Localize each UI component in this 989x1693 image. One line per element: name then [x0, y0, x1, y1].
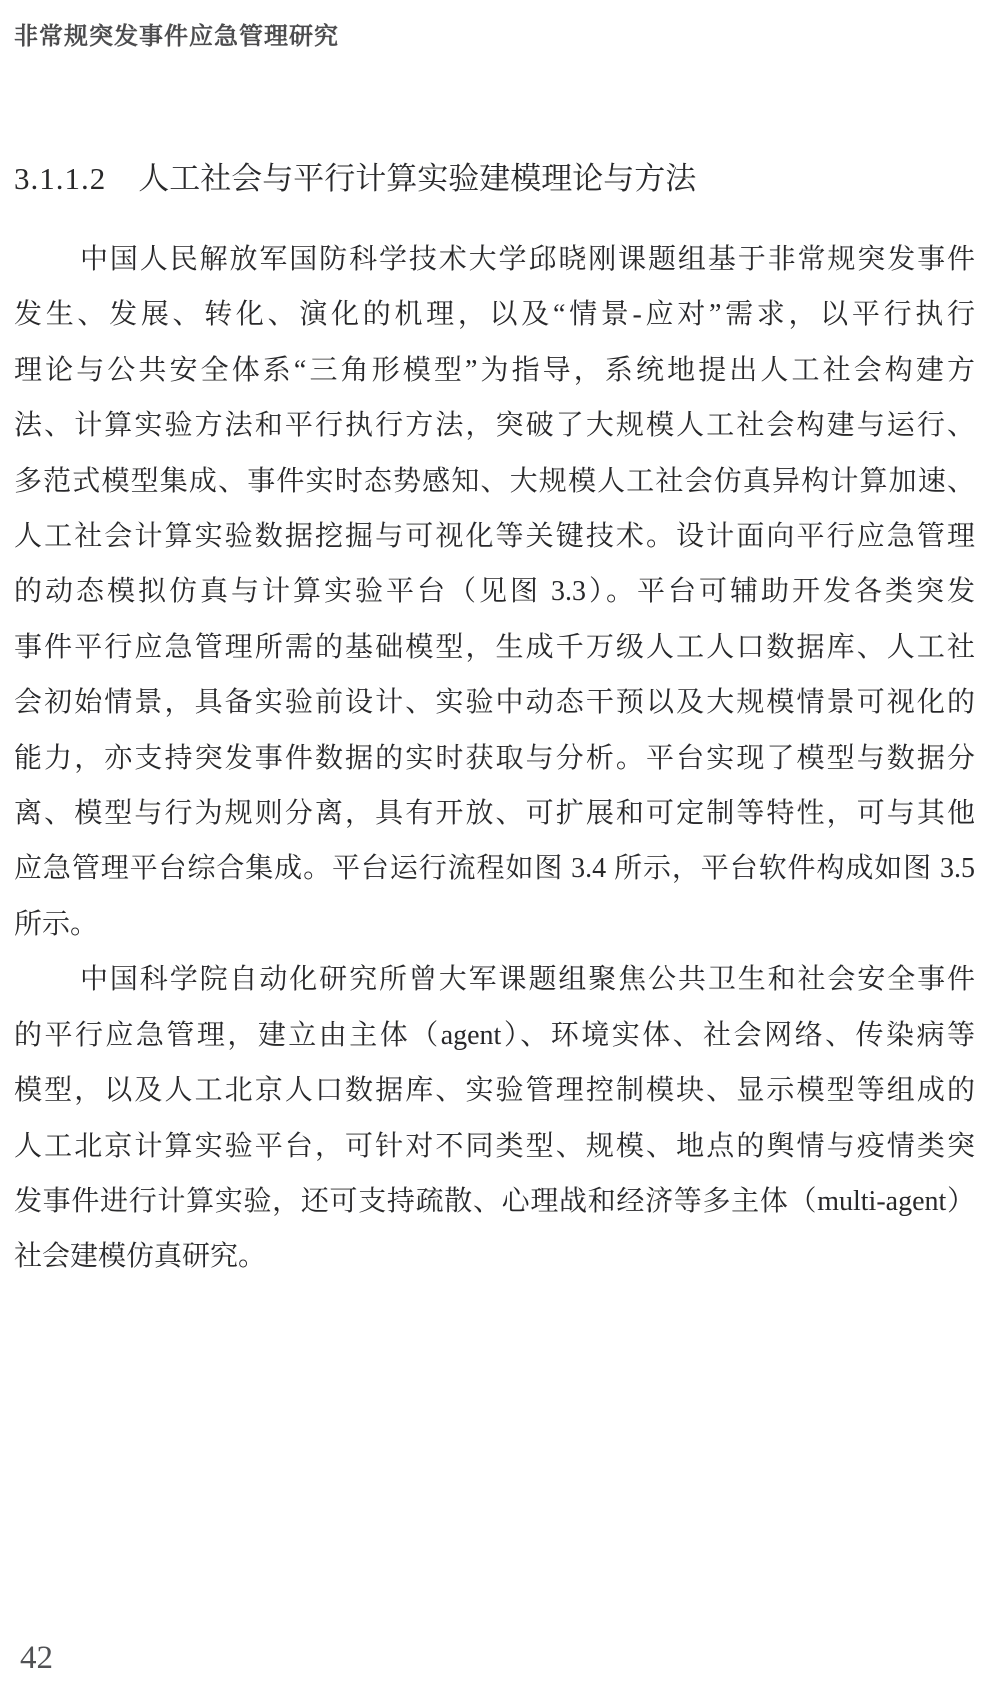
page-number: 42 — [20, 1638, 53, 1678]
text-line: 中国人民解放军国防科学技术大学邱晓刚课题组基于非常规突发事件 — [14, 232, 975, 287]
text-line: 会初始情景，具备实验前设计、实验中动态干预以及大规模情景可视化的 — [14, 675, 975, 730]
text-line: 发事件进行计算实验，还可支持疏散、心理战和经济等多主体（multi-agent） — [14, 1174, 975, 1229]
text-line: 人工社会计算实验数据挖掘与可视化等关键技术。设计面向平行应急管理 — [14, 509, 975, 564]
text-line: 法、计算实验方法和平行执行方法，突破了大规模人工社会构建与运行、 — [14, 398, 975, 453]
text-line: 事件平行应急管理所需的基础模型，生成千万级人工人口数据库、人工社 — [14, 620, 975, 675]
text-line: 多范式模型集成、事件实时态势感知、大规模人工社会仿真异构计算加速、 — [14, 454, 975, 509]
text-line: 所示。 — [14, 897, 975, 952]
text-line: 能力，亦支持突发事件数据的实时获取与分析。平台实现了模型与数据分 — [14, 731, 975, 786]
book-page: 非常规突发事件应急管理研究 3.1.1.2人工社会与平行计算实验建模理论与方法 … — [0, 0, 989, 1693]
body-text: 中国人民解放军国防科学技术大学邱晓刚课题组基于非常规突发事件 发生、发展、转化、… — [14, 232, 975, 1285]
text-line: 理论与公共安全体系“三角形模型”为指导，系统地提出人工社会构建方 — [14, 343, 975, 398]
text-line: 的平行应急管理，建立由主体（agent）、环境实体、社会网络、传染病等 — [14, 1008, 975, 1063]
text-line: 应急管理平台综合集成。平台运行流程如图 3.4 所示，平台软件构成如图 3.5 — [14, 841, 975, 896]
running-header-title: 非常规突发事件应急管理研究 — [14, 16, 339, 51]
paragraph-2: 中国科学院自动化研究所曾大军课题组聚焦公共卫生和社会安全事件 的平行应急管理，建… — [14, 952, 975, 1284]
text-line: 的动态模拟仿真与计算实验平台（见图 3.3）。平台可辅助开发各类突发 — [14, 564, 975, 619]
text-line: 模型，以及人工北京人口数据库、实验管理控制模块、显示模型等组成的 — [14, 1063, 975, 1118]
text-line: 社会建模仿真研究。 — [14, 1229, 975, 1284]
text-line: 离、模型与行为规则分离，具有开放、可扩展和可定制等特性，可与其他 — [14, 786, 975, 841]
section-number: 3.1.1.2 — [14, 161, 106, 197]
text-line: 人工北京计算实验平台，可针对不同类型、规模、地点的舆情与疫情类突 — [14, 1119, 975, 1174]
text-line: 发生、发展、转化、演化的机理，以及“情景-应对”需求，以平行执行 — [14, 287, 975, 342]
paragraph-1: 中国人民解放军国防科学技术大学邱晓刚课题组基于非常规突发事件 发生、发展、转化、… — [14, 232, 975, 952]
section-heading: 3.1.1.2人工社会与平行计算实验建模理论与方法 — [14, 153, 696, 198]
text-line: 中国科学院自动化研究所曾大军课题组聚焦公共卫生和社会安全事件 — [14, 952, 975, 1007]
section-title: 人工社会与平行计算实验建模理论与方法 — [138, 161, 696, 196]
